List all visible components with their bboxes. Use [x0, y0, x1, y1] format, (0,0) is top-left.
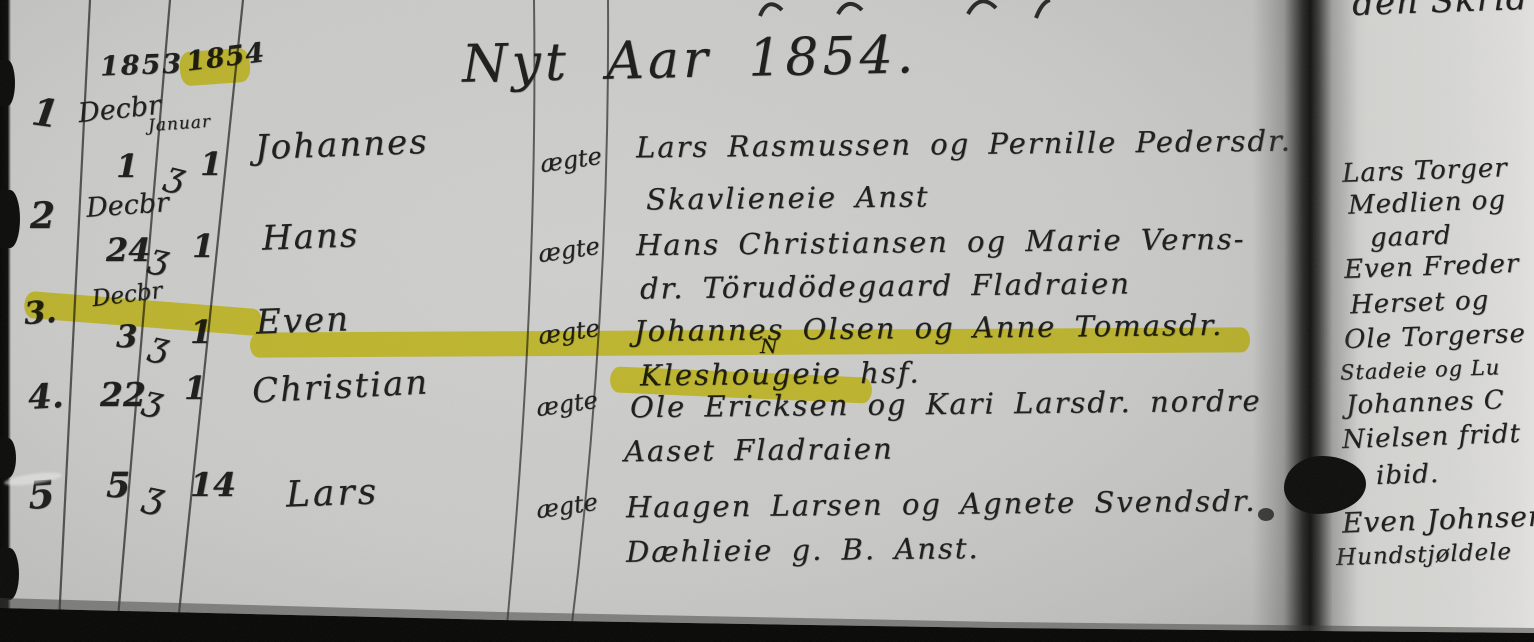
highlight-stroke-year: [179, 48, 251, 87]
row-number: 2: [30, 198, 55, 234]
birth-month-1854: Januar: [147, 114, 211, 135]
right-page-line: Even Freder: [1344, 251, 1520, 283]
child-name: Hans: [261, 218, 359, 255]
birth-day-1854: 1: [184, 372, 206, 404]
right-page-line: Hundstjøldele: [1336, 541, 1513, 570]
birth-month-1853: Decbr: [85, 189, 170, 222]
right-page-line: den Skrid: [1351, 0, 1528, 21]
birth-day-1853: 5: [106, 468, 130, 503]
book-gutter: [1252, 0, 1358, 642]
page-title: Nyt Aar 1854.: [462, 29, 918, 91]
register-scan: Nyt Aar 1854. 1853 1854 1 Decbr 1 Januar…: [0, 0, 1534, 642]
page-edge-bump: [0, 438, 16, 478]
right-page-line: Lars Torger: [1342, 155, 1508, 187]
right-page-line: Medlien og: [1348, 187, 1507, 218]
parents-line1: Haagen Larsen og Agnete Svendsdr.: [626, 487, 1257, 523]
parents-line2: Aaset Fladraien: [624, 435, 894, 467]
right-page-line: Herset og: [1350, 288, 1490, 319]
right-page-line: Ole Torgerse: [1344, 321, 1527, 353]
right-page-line: Nielsen fridt: [1342, 421, 1522, 453]
parents-line1: Hans Christiansen og Marie Verns-: [636, 225, 1246, 260]
parents-line2: Skavlieneie Anst: [646, 183, 930, 215]
binding-speck: [1258, 508, 1274, 521]
row-number: 1: [29, 92, 60, 133]
page-edge-bump: [0, 548, 19, 600]
right-page-line: gaard: [1370, 223, 1453, 252]
right-page-line: Stadeie og Lu: [1340, 357, 1501, 384]
child-name: Johannes: [254, 125, 429, 165]
parents-line2: dr. Törudödegaard Fladraien: [640, 269, 1131, 303]
page-edge-bump: [0, 190, 20, 248]
birth-day-1853: 24: [106, 234, 151, 266]
birth-day-1853: 3: [116, 322, 138, 353]
right-page-line: Johannes C: [1346, 387, 1506, 419]
right-page-line: ibid.: [1376, 461, 1440, 489]
birth-day-1853: 22: [100, 378, 146, 411]
child-name: Christian: [251, 365, 430, 408]
right-page-line: Even Johnsen: [1342, 502, 1534, 537]
child-name: Lars: [285, 474, 379, 513]
year-1853-label: 1853: [100, 51, 184, 81]
highlight-stroke-row3: [250, 327, 1250, 357]
birth-day-1854: 14: [190, 468, 236, 501]
birth-day-1853: 1: [116, 150, 138, 182]
page-edge-bump: [0, 60, 15, 106]
parents-line2: Dæhlieie g. B. Anst.: [626, 534, 980, 567]
birth-day-1854: 1: [192, 230, 214, 262]
parents-line1: Lars Rasmussen og Pernille Pedersdr.: [636, 127, 1292, 163]
row-number: 4.: [27, 379, 64, 415]
birth-day-1854: 1: [200, 148, 222, 180]
